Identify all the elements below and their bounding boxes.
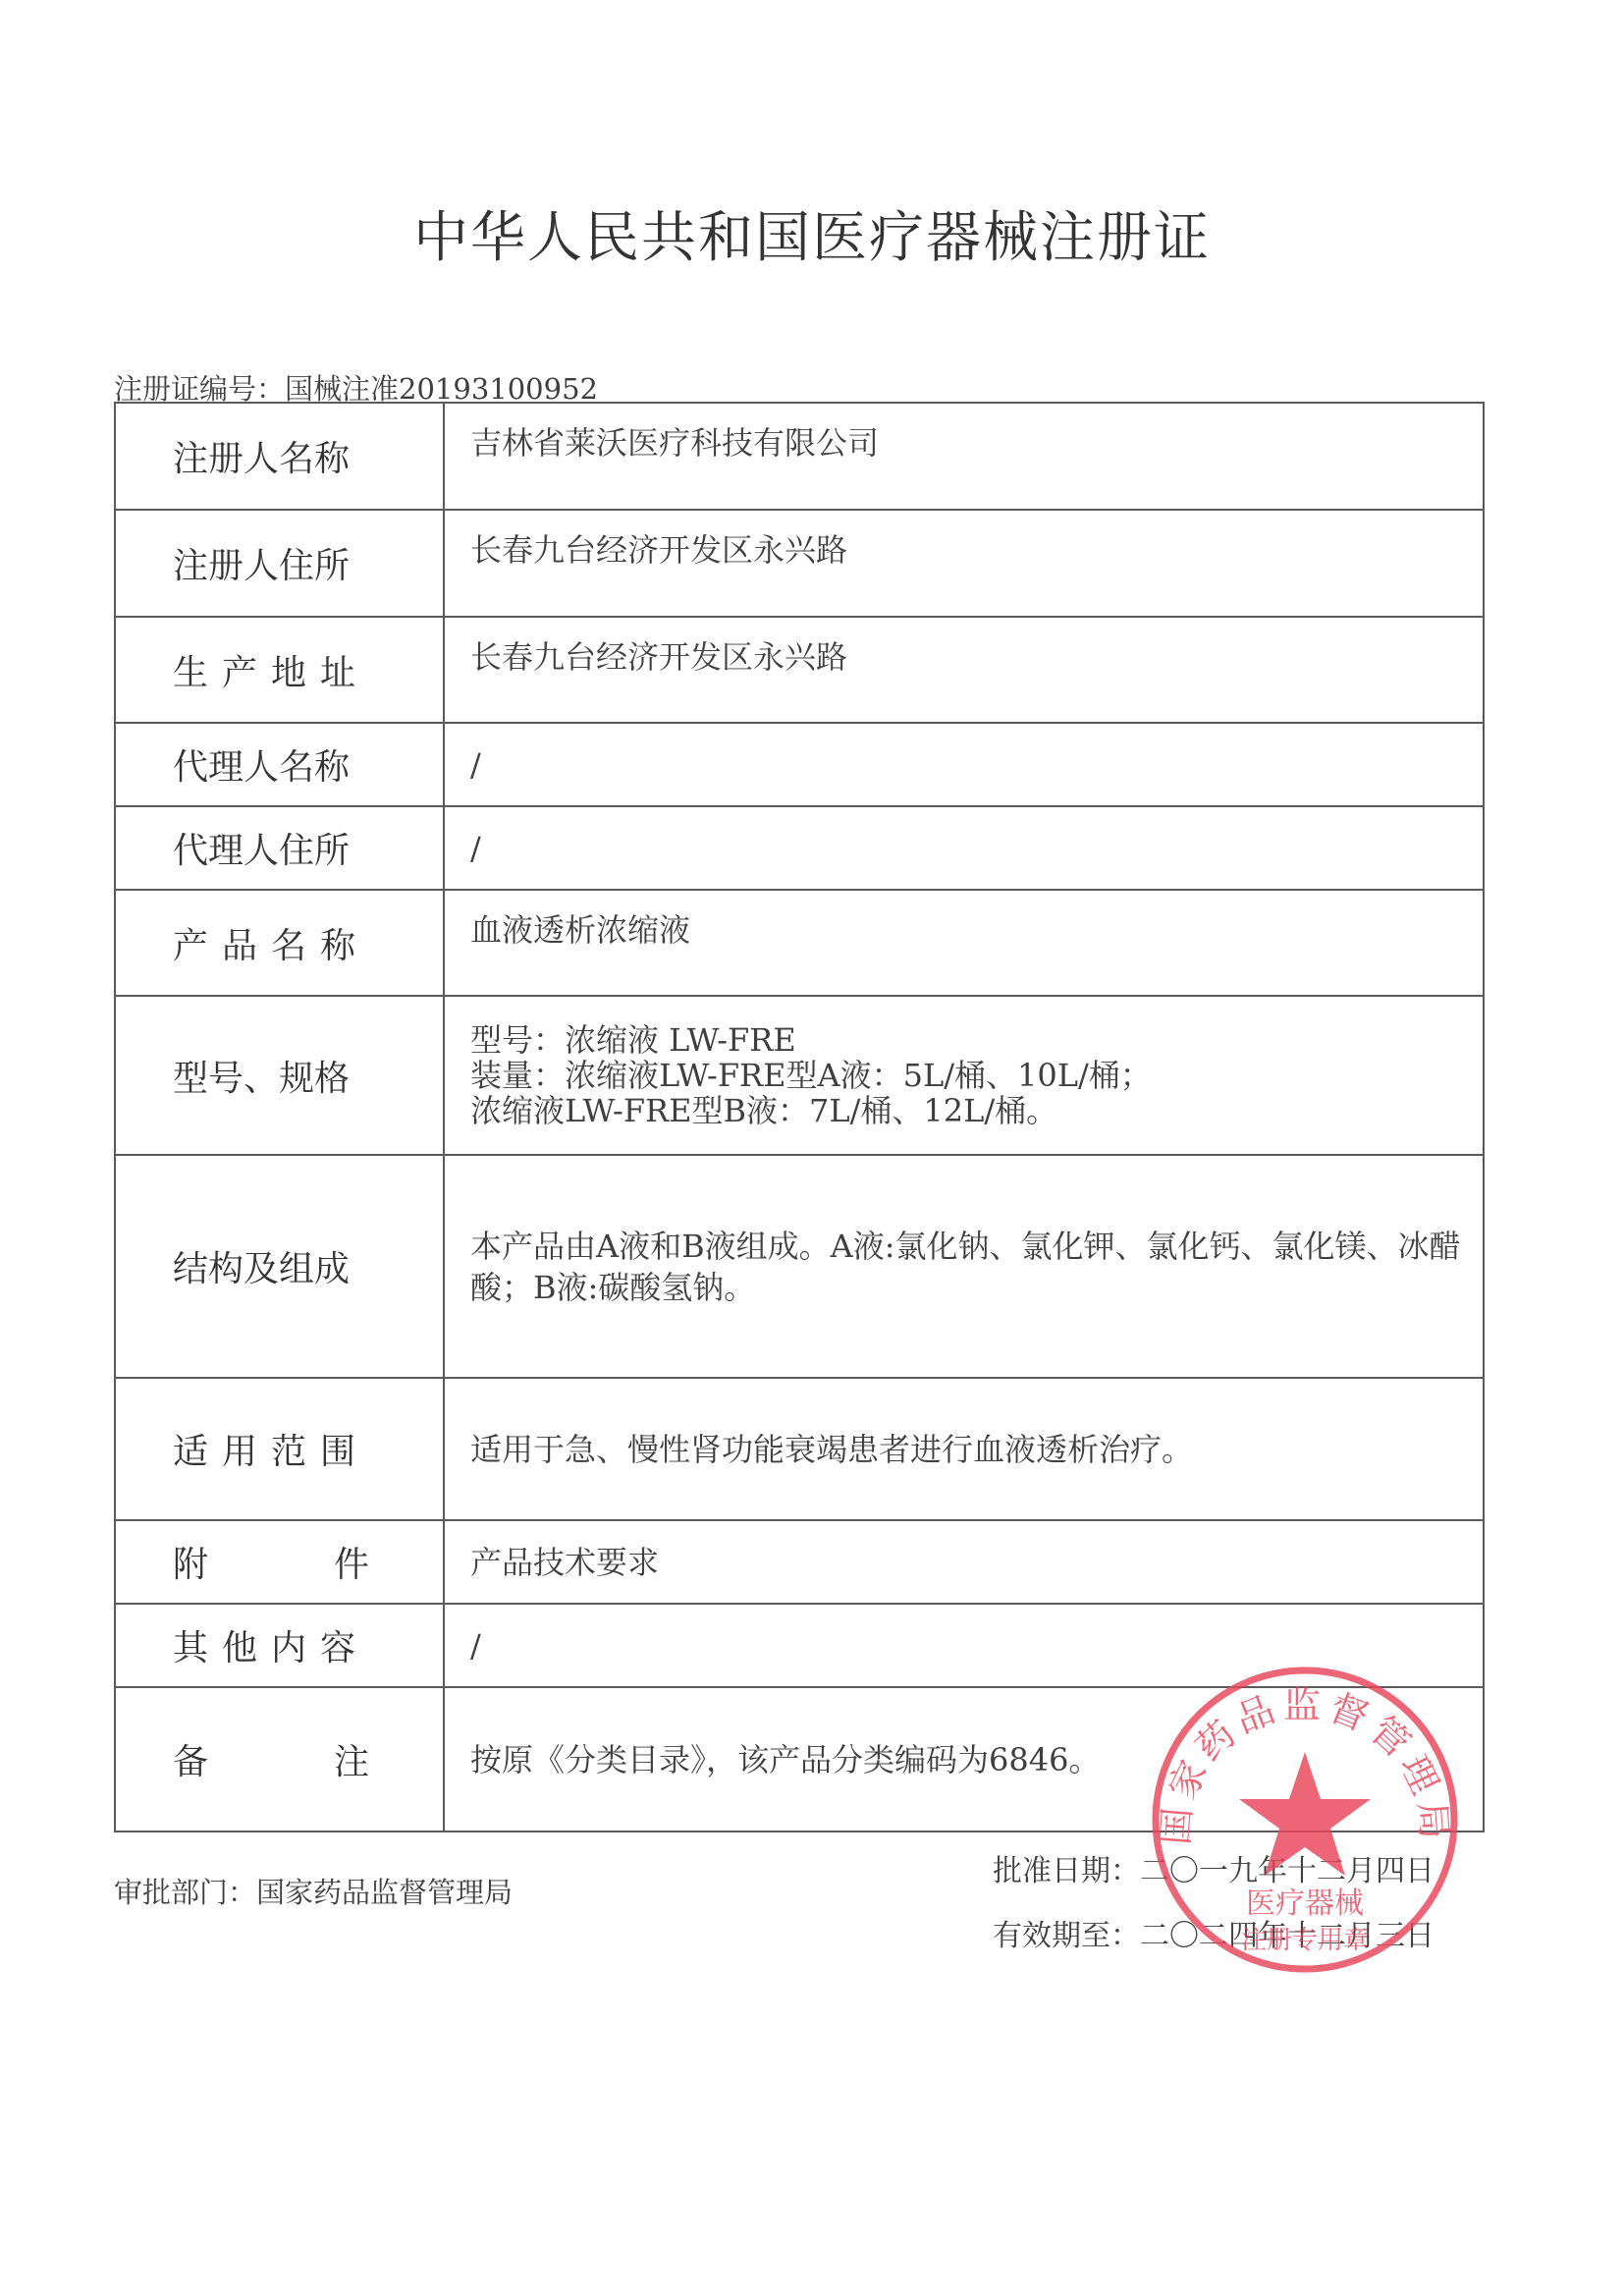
value-line: 浓缩液LW-FRE型B液：7L/桶、12L/桶。 xyxy=(470,1093,1469,1128)
table-row-structure-composition: 结构及组成 本产品由A液和B液组成。A液:氯化钠、氯化钾、氯化钙、氯化镁、冰醋酸… xyxy=(115,1155,1484,1378)
valid-until-date: 有效期至：二〇二四年十二月三日 xyxy=(993,1904,1435,1969)
field-label-left: 附 xyxy=(173,1537,208,1587)
table-row-agent-address: 代理人住所 / xyxy=(115,806,1484,890)
value-line: / xyxy=(470,1626,1469,1666)
value-line: / xyxy=(470,745,1469,785)
field-label: 注册人名称 xyxy=(115,403,444,510)
table-row-agent-name: 代理人名称 / xyxy=(115,723,1484,806)
page-title: 中华人民共和国医疗器械注册证 xyxy=(0,194,1624,273)
table-row-attachment: 附 件 产品技术要求 xyxy=(115,1520,1484,1604)
field-value: 本产品由A液和B液组成。A液:氯化钠、氯化钾、氯化钙、氯化镁、冰醋酸；B液:碳酸… xyxy=(444,1155,1484,1378)
field-label-right: 件 xyxy=(334,1537,369,1587)
footer-dates: 批准日期：二〇一九年十二月四日 有效期至：二〇二四年十二月三日 xyxy=(993,1839,1435,1969)
field-value: 产品技术要求 xyxy=(444,1520,1484,1604)
field-label: 适用范围 xyxy=(115,1378,444,1520)
value-line: 适用于急、慢性肾功能衰竭患者进行血液透析治疗。 xyxy=(470,1430,1469,1469)
field-label: 附 件 xyxy=(115,1520,444,1604)
field-label: 其他内容 xyxy=(115,1604,444,1687)
field-label: 代理人住所 xyxy=(115,806,444,890)
value-line: 装量：浓缩液LW-FRE型A液：5L/桶、10L/桶； xyxy=(470,1058,1469,1093)
certificate-table: 注册人名称 吉林省莱沃医疗科技有限公司 注册人住所 长春九台经济开发区永兴路 生… xyxy=(114,402,1485,1832)
value-line: 按原《分类目录》，该产品分类编码为6846。 xyxy=(470,1740,1469,1779)
field-label: 注册人住所 xyxy=(115,510,444,617)
value-line: 长春九台经济开发区永兴路 xyxy=(470,637,1469,677)
field-value: / xyxy=(444,806,1484,890)
field-label: 代理人名称 xyxy=(115,723,444,806)
field-value: 按原《分类目录》，该产品分类编码为6846。 xyxy=(444,1687,1484,1831)
table-row-registrant-name: 注册人名称 吉林省莱沃医疗科技有限公司 xyxy=(115,403,1484,510)
field-label-left: 备 xyxy=(173,1734,208,1784)
field-label: 型号、规格 xyxy=(115,996,444,1155)
value-line: 血液透析浓缩液 xyxy=(470,910,1469,950)
registration-number-value: 国械注准20193100952 xyxy=(285,372,598,406)
value-line: / xyxy=(470,829,1469,868)
approval-department: 审批部门：国家药品监督管理局 xyxy=(114,1871,513,1911)
table-row-remarks: 备 注 按原《分类目录》，该产品分类编码为6846。 xyxy=(115,1687,1484,1831)
value-paragraph: 本产品由A液和B液组成。A液:氯化钠、氯化钾、氯化钙、氯化镁、冰醋酸；B液:碳酸… xyxy=(470,1226,1469,1308)
field-value: 型号：浓缩液 LW-FRE 装量：浓缩液LW-FRE型A液：5L/桶、10L/桶… xyxy=(444,996,1484,1155)
table-row-registrant-address: 注册人住所 长春九台经济开发区永兴路 xyxy=(115,510,1484,617)
field-value: / xyxy=(444,723,1484,806)
approval-date: 批准日期：二〇一九年十二月四日 xyxy=(993,1839,1435,1904)
field-label: 备 注 xyxy=(115,1687,444,1831)
field-label: 结构及组成 xyxy=(115,1155,444,1378)
field-value: 吉林省莱沃医疗科技有限公司 xyxy=(444,403,1484,510)
table-row-other-content: 其他内容 / xyxy=(115,1604,1484,1687)
value-line: 产品技术要求 xyxy=(470,1543,1469,1582)
field-value: 血液透析浓缩液 xyxy=(444,890,1484,996)
table-row-scope: 适用范围 适用于急、慢性肾功能衰竭患者进行血液透析治疗。 xyxy=(115,1378,1484,1520)
field-value: 长春九台经济开发区永兴路 xyxy=(444,617,1484,723)
field-label-right: 注 xyxy=(334,1734,369,1784)
field-value: / xyxy=(444,1604,1484,1687)
field-value: 长春九台经济开发区永兴路 xyxy=(444,510,1484,617)
table-row-model-spec: 型号、规格 型号：浓缩液 LW-FRE 装量：浓缩液LW-FRE型A液：5L/桶… xyxy=(115,996,1484,1155)
value-line: 型号：浓缩液 LW-FRE xyxy=(470,1022,1469,1058)
value-line: 长春九台经济开发区永兴路 xyxy=(470,530,1469,570)
table-row-product-name: 产品名称 血液透析浓缩液 xyxy=(115,890,1484,996)
field-label: 产品名称 xyxy=(115,890,444,996)
value-line: 吉林省莱沃医疗科技有限公司 xyxy=(470,423,1469,463)
field-label: 生产地址 xyxy=(115,617,444,723)
registration-number-label: 注册证编号： xyxy=(114,372,285,406)
field-value: 适用于急、慢性肾功能衰竭患者进行血液透析治疗。 xyxy=(444,1378,1484,1520)
table-row-production-address: 生产地址 长春九台经济开发区永兴路 xyxy=(115,617,1484,723)
